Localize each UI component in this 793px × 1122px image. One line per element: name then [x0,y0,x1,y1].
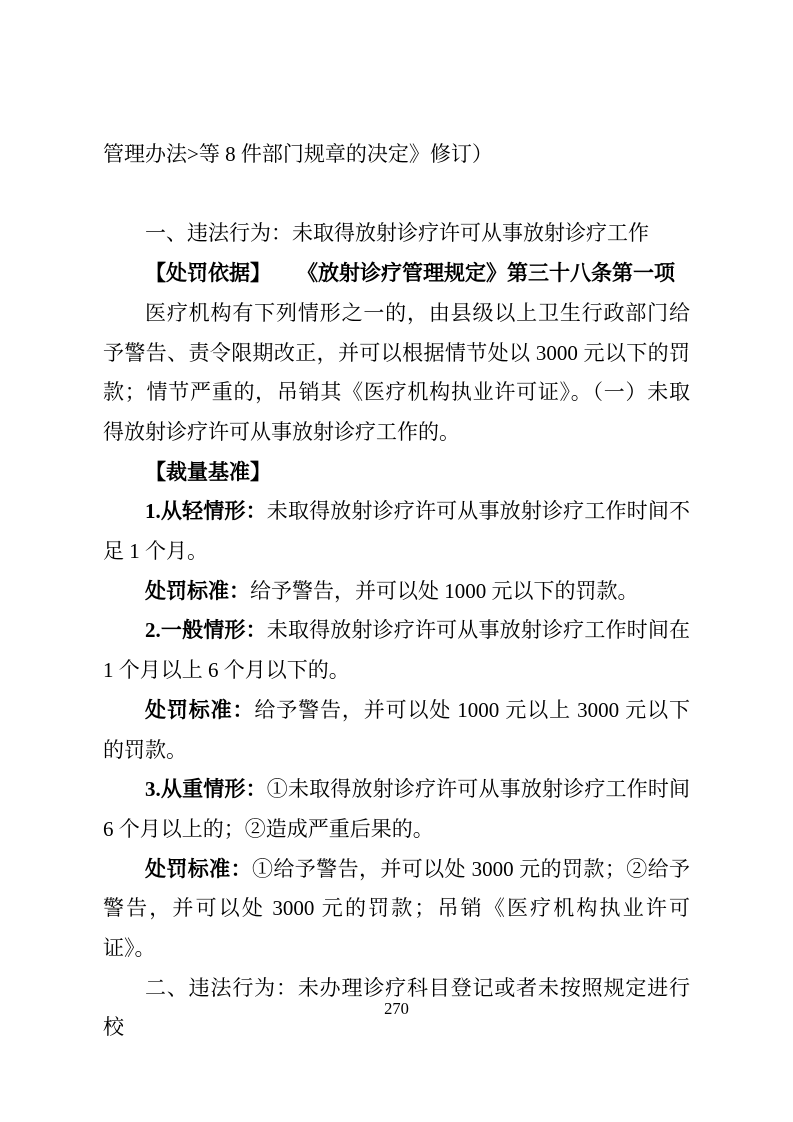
violation-1-heading: 一、违法行为：未取得放射诊疗许可从事放射诊疗工作 [103,214,690,254]
item-text: 给予警告，并可以处 1000 元以下的罚款。 [250,579,639,603]
item-paragraph-severe: 3.从重情形：①未取得放射诊疗许可从事放射诊疗工作时间 6 个月以上的；②造成严… [103,770,690,849]
item-paragraph-general-penalty: 处罚标准：给予警告，并可以处 1000 元以上 3000 元以下的罚款。 [103,691,690,770]
penalty-basis-line: 【处罚依据】《放射诊疗管理规定》第三十八条第一项 [103,254,690,294]
item-lead: 1.从轻情形： [145,499,267,523]
item-lead: 处罚标准： [145,579,250,603]
item-lead: 2.一般情形： [145,618,267,642]
item-paragraph-severe-penalty: 处罚标准：①给予警告，并可以处 3000 元的罚款；②给予警告，并可以处 300… [103,850,690,969]
document-page: 管理办法>等 8 件部门规章的决定》修订） 一、违法行为：未取得放射诊疗许可从事… [0,0,793,1122]
item-paragraph-general: 2.一般情形：未取得放射诊疗许可从事放射诊疗工作时间在 1 个月以上 6 个月以… [103,611,690,690]
blank-line-spacer [103,175,690,215]
penalty-basis-paragraph: 医疗机构有下列情形之一的，由县级以上卫生行政部门给予警告、责令限期改正，并可以根… [103,294,690,453]
item-lead: 处罚标准： [145,857,252,881]
penalty-basis-ref: 《放射诊疗管理规定》第三十八条第一项 [297,261,675,285]
item-lead: 处罚标准： [145,698,254,722]
continuation-line: 管理办法>等 8 件部门规章的决定》修订） [103,135,690,175]
discretion-heading: 【裁量基准】 [103,453,690,493]
document-body: 管理办法>等 8 件部门规章的决定》修订） 一、违法行为：未取得放射诊疗许可从事… [103,135,690,1048]
penalty-basis-label: 【处罚依据】 [145,261,271,285]
page-number: 270 [0,999,793,1019]
item-lead: 3.从重情形： [145,777,267,801]
item-paragraph-light-penalty: 处罚标准：给予警告，并可以处 1000 元以下的罚款。 [103,572,690,612]
item-paragraph-light: 1.从轻情形：未取得放射诊疗许可从事放射诊疗工作时间不足 1 个月。 [103,492,690,571]
